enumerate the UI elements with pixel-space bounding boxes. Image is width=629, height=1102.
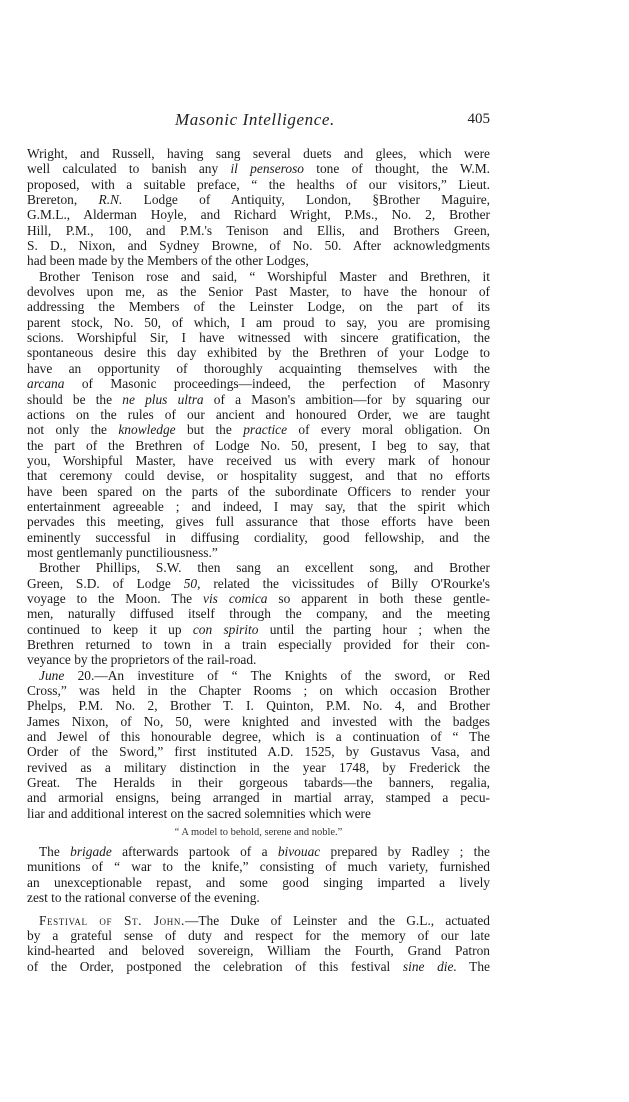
text-line: pervades this meeting, gives full assura… <box>27 514 490 529</box>
body-text: Wright, and Russell, having sang several… <box>27 146 490 974</box>
text-line: Wright, and Russell, having sang several… <box>27 146 490 161</box>
text-line: of the Order, postponed the celebration … <box>27 959 490 974</box>
text-line: parent stock, No. 50, of which, I am pro… <box>27 315 490 330</box>
text-line: well calculated to banish any il pensero… <box>27 161 490 176</box>
text-line: Order of the Sword,” first instituted A.… <box>27 744 490 759</box>
text-line: Brereton, R.N. Lodge of Antiquity, Londo… <box>27 192 490 207</box>
text-line: June 20.—An investiture of “ The Knights… <box>27 668 490 683</box>
text-line: Brother Phillips, S.W. then sang an exce… <box>27 560 490 575</box>
text-line: G.M.L., Alderman Hoyle, and Richard Wrig… <box>27 207 490 222</box>
text-line: eminently successful in diffusing cordia… <box>27 530 490 545</box>
text-line: The brigade afterwards partook of a bivo… <box>27 844 490 859</box>
running-header: Masonic Intelligence. 405 <box>27 110 490 132</box>
text-line: Phelps, P.M. No. 2, Brother T. I. Quinto… <box>27 698 490 713</box>
text-line: kind-hearted and beloved sovereign, Will… <box>27 943 490 958</box>
text-line: liar and additional interest on the sacr… <box>27 806 490 821</box>
italic-phrase: arcana <box>27 376 64 391</box>
text-line: Green, S.D. of Lodge 50, related the vic… <box>27 576 490 591</box>
text-line: you, Worshipful Master, have received us… <box>27 453 490 468</box>
text-line: scions. Worshipful Sir, I have witnessed… <box>27 330 490 345</box>
text-line: Cross,” was held in the Chapter Rooms ; … <box>27 683 490 698</box>
paragraph-gap <box>27 906 490 913</box>
text-line: have been spared on the parts of the sub… <box>27 484 490 499</box>
page-number: 405 <box>468 111 491 128</box>
italic-phrase: sine die. <box>403 959 457 974</box>
italic-phrase: R.N. <box>99 192 123 207</box>
italic-phrase: ne plus ultra <box>122 392 203 407</box>
verse-quotation: “ A model to behold, serene and noble.” <box>27 825 490 840</box>
italic-phrase: il penseroso <box>230 161 304 176</box>
text-line: devolves upon me, as the Senior Past Mas… <box>27 284 490 299</box>
text-line: munitions of “ war to the knife,” consis… <box>27 859 490 874</box>
text-line: most gentlemanly punctiliousness.” <box>27 545 490 560</box>
text-line: Brother Tenison rose and said, “ Worship… <box>27 269 490 284</box>
text-line: entertainment agreeable ; and indeed, I … <box>27 499 490 514</box>
text-line: should be the ne plus ultra of a Mason's… <box>27 392 490 407</box>
text-line: veyance by the proprietors of the rail-r… <box>27 652 490 667</box>
text-line-festival-heading: Festival of St. John.—The Duke of Leinst… <box>27 913 490 928</box>
text-line: spontaneous desire this day exhibited by… <box>27 345 490 360</box>
text-line: men, naturally diffused itself through t… <box>27 606 490 621</box>
italic-phrase: practice <box>243 422 287 437</box>
text-line: the part of the Brethren of Lodge No. 50… <box>27 438 490 453</box>
text-line: had been made by the Members of the othe… <box>27 253 490 268</box>
book-page: Masonic Intelligence. 405 Wright, and Ru… <box>0 0 629 1102</box>
italic-phrase: knowledge <box>118 422 175 437</box>
italic-phrase: bivouac <box>278 844 320 859</box>
italic-phrase: June <box>39 668 64 683</box>
text-line: and Jewel of this honourable degree, whi… <box>27 729 490 744</box>
text-line: voyage to the Moon. The vis comica so ap… <box>27 591 490 606</box>
running-title: Masonic Intelligence. <box>175 110 335 130</box>
text-line: not only the knowledge but the practice … <box>27 422 490 437</box>
italic-phrase: vis comica <box>203 591 267 606</box>
text-line: have an opportunity of thoroughly acquai… <box>27 361 490 376</box>
festival-first-line: —The Duke of Leinster and the G.L., actu… <box>185 913 490 928</box>
text-line: an unexceptionable repast, and some good… <box>27 875 490 890</box>
text-line: zest to the rational converse of the eve… <box>27 890 490 905</box>
text-line: that ceremony could devise, or hospitali… <box>27 468 490 483</box>
text-line: addressing the Members of the Leinster L… <box>27 299 490 314</box>
text-line: arcana of Masonic proceedings—indeed, th… <box>27 376 490 391</box>
italic-phrase: brigade <box>70 844 112 859</box>
text-line: S. D., Nixon, and Sydney Browne, of No. … <box>27 238 490 253</box>
text-line: and armorial ensigns, being arranged in … <box>27 790 490 805</box>
text-line: actions on the rules of our ancient and … <box>27 407 490 422</box>
text-line: proposed, with a suitable preface, “ the… <box>27 177 490 192</box>
text-line: by a grateful sense of duty and respect … <box>27 928 490 943</box>
italic-phrase: 50, <box>184 576 201 591</box>
text-line: revived as a military distinction in the… <box>27 760 490 775</box>
text-line: continued to keep it up con spirito unti… <box>27 622 490 637</box>
italic-phrase: con spirito <box>193 622 259 637</box>
section-heading-festival: Festival of St. John. <box>39 913 185 928</box>
text-line: James Nixon, of No, 50, were knighted an… <box>27 714 490 729</box>
text-line: Hill, P.M., 100, and P.M.'s Tenison and … <box>27 223 490 238</box>
text-line: Great. The Heralds in their gorgeous tab… <box>27 775 490 790</box>
text-line: Brethren returned to town in a train esp… <box>27 637 490 652</box>
